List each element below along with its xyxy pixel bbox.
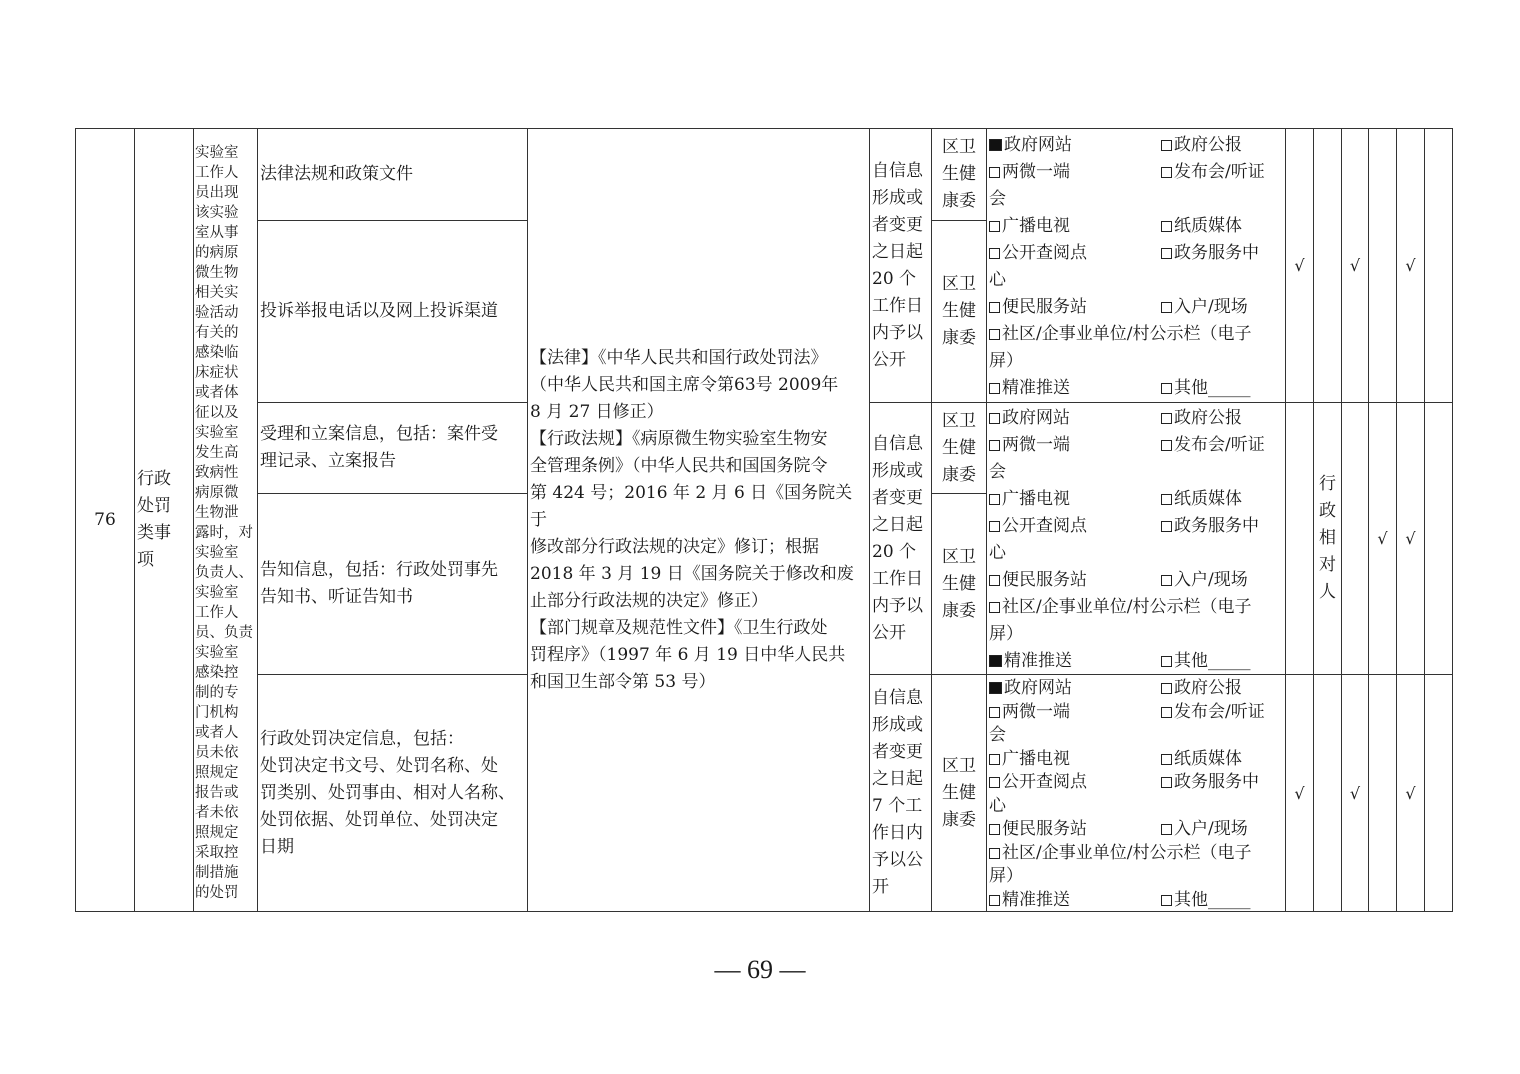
channel-option-label: 其他_____ [1174, 890, 1251, 910]
unchecked-box-icon[interactable] [989, 602, 1000, 613]
legal-basis-line: （中华人民共和国主席令第63号 2009年 [530, 372, 869, 399]
subject-line: 康委 [942, 188, 976, 215]
item-line: 病原微 [195, 483, 257, 503]
channel-option[interactable]: 社区/企事业单位/村公示栏（电子 [989, 321, 1251, 348]
channel-option[interactable]: 精准推送 [989, 889, 1161, 913]
subject-line: 区卫 [942, 544, 976, 571]
item-line: 床症状 [195, 363, 257, 383]
subject-text: 区卫生健康委 [942, 753, 976, 834]
channel-option-label: 便民服务站 [1002, 570, 1087, 590]
channel-option[interactable]: 便民服务站 [989, 818, 1161, 842]
channel-option[interactable]: 广播电视 [989, 748, 1161, 772]
subject-cell-2: 区卫生健康委 [931, 220, 987, 403]
channel-option[interactable]: 发布会/听证 [1161, 159, 1265, 186]
legal-basis-text: 【法律】《中华人民共和国行政处罚法》（中华人民共和国主席令第63号 2009年8… [530, 345, 869, 696]
channel-option-label: 精准推送 [1002, 890, 1070, 910]
channel-option-label: 政府网站 [1004, 135, 1072, 155]
channel-row: 公开查阅点政务服务中 [989, 513, 1285, 540]
unchecked-box-icon[interactable] [1161, 521, 1172, 532]
item-line: 实验室 [195, 643, 257, 663]
time-limit-line: 20 个 [872, 539, 923, 566]
unchecked-box-icon[interactable] [1161, 683, 1172, 694]
channel-row: 广播电视纸质媒体 [989, 748, 1285, 772]
channel-option[interactable]: 入户/现场 [1161, 294, 1248, 321]
legal-basis-line: 修改部分行政法规的决定》修订；根据 [530, 534, 869, 561]
time-limit-line: 者变更 [872, 739, 923, 766]
channel-option[interactable]: 广播电视 [989, 486, 1161, 513]
unchecked-box-icon[interactable] [1161, 440, 1172, 451]
time-limit-line: 者变更 [872, 485, 923, 512]
content-line: 告知书、听证告知书 [260, 584, 498, 611]
channel-option-label: 入户/现场 [1174, 570, 1248, 590]
unchecked-box-icon[interactable] [989, 440, 1000, 451]
subject-line: 康委 [942, 598, 976, 625]
channel-option[interactable]: 政府网站 [989, 677, 1161, 701]
time-limit-line: 形成或 [872, 712, 923, 739]
subject-cell-3: 区卫生健康委 [931, 402, 987, 494]
unchecked-box-icon[interactable] [1161, 777, 1172, 788]
item-line: 有关的 [195, 323, 257, 343]
subject-line: 生健 [942, 161, 976, 188]
checked-box-icon[interactable] [989, 655, 1002, 667]
channel-option[interactable]: 便民服务站 [989, 294, 1161, 321]
subject-line: 区卫 [942, 408, 976, 435]
item-cell: 实验室工作人员出现该实验室从事的病原微生物相关实验活动有关的感染临床症状或者体征… [193, 128, 258, 912]
unchecked-box-icon[interactable] [989, 754, 1000, 765]
channel-option-label: 精准推送 [1004, 651, 1072, 671]
time-limit-line: 自信息 [872, 431, 923, 458]
scope-mark-cell: 行政相对人 [1313, 402, 1342, 675]
scope-mark-cell: √ [1396, 674, 1425, 912]
channel-option[interactable]: 纸质媒体 [1161, 748, 1242, 772]
category-line: 类事 [137, 520, 171, 547]
channel-option[interactable]: 便民服务站 [989, 567, 1161, 594]
channel-cell-3: 政府网站政府公报两微一端发布会/听证会广播电视纸质媒体公开查阅点政务服务中心便民… [986, 674, 1286, 912]
channel-option[interactable]: 两微一端 [989, 701, 1161, 725]
channel-wrap-text: 会 [989, 186, 1285, 213]
content-line: 罚类别、处罚事由、相对人名称、 [260, 780, 515, 807]
channel-row: 精准推送其他_____ [989, 889, 1285, 913]
content-cell-1: 法律法规和政策文件 [257, 128, 528, 221]
checked-box-icon[interactable] [989, 682, 1002, 694]
item-line: 该实验 [195, 203, 257, 223]
channel-option-label: 两微一端 [1002, 702, 1070, 722]
channel-wrap-text: 会 [989, 459, 1285, 486]
channel-option[interactable]: 两微一端 [989, 432, 1161, 459]
content-line: 投诉举报电话以及网上投诉渠道 [260, 298, 498, 325]
item-line: 发生高 [195, 443, 257, 463]
unchecked-box-icon[interactable] [1161, 413, 1172, 424]
time-limit-line: 20 个 [872, 266, 923, 293]
scope-mark-cell [1424, 674, 1453, 912]
time-limit-line: 工作日 [872, 566, 923, 593]
channel-options: 政府网站政府公报两微一端发布会/听证会广播电视纸质媒体公开查阅点政务服务中心便民… [989, 132, 1285, 402]
legal-basis-line: 【部门规章及规范性文件】《卫生行政处 [530, 615, 869, 642]
channel-row: 便民服务站入户/现场 [989, 818, 1285, 842]
item-line: 生物泄 [195, 503, 257, 523]
time-limit-line: 内予以 [872, 320, 923, 347]
subject-line: 生健 [942, 780, 976, 807]
time-limit-line: 自信息 [872, 685, 923, 712]
content-text: 受理和立案信息，包括：案件受理记录、立案报告 [260, 421, 498, 475]
subject-cell-1: 区卫生健康委 [931, 128, 987, 221]
content-line: 处罚决定书文号、处罚名称、处 [260, 753, 515, 780]
content-cell-2: 投诉举报电话以及网上投诉渠道 [257, 220, 528, 403]
subject-line: 生健 [942, 435, 976, 462]
channel-option-label: 政务服务中 [1174, 243, 1259, 263]
item-line: 照规定 [195, 763, 257, 783]
item-line: 实验室 [195, 583, 257, 603]
content-cell-3: 受理和立案信息，包括：案件受理记录、立案报告 [257, 402, 528, 494]
scope-text-char: 行 [1319, 471, 1336, 498]
subject-line: 生健 [942, 298, 976, 325]
scope-mark-cell [1341, 402, 1369, 675]
channel-row: 便民服务站入户/现场 [989, 567, 1285, 594]
channel-option-label: 两微一端 [1002, 435, 1070, 455]
time-limit-text: 自信息形成或者变更之日起20 个工作日内予以公开 [872, 431, 923, 647]
channel-row: 便民服务站入户/现场 [989, 294, 1285, 321]
unchecked-box-icon[interactable] [989, 824, 1000, 835]
channel-option[interactable]: 纸质媒体 [1161, 486, 1242, 513]
legal-basis-line: 止部分行政法规的决定》修正） [530, 588, 869, 615]
scope-mark-cell: √ [1341, 674, 1369, 912]
time-limit-line: 形成或 [872, 458, 923, 485]
item-text: 实验室工作人员出现该实验室从事的病原微生物相关实验活动有关的感染临床症状或者体征… [195, 143, 257, 903]
legal-basis-line: 全管理条例》（中华人民共和国国务院令 [530, 453, 869, 480]
item-line: 制的专 [195, 683, 257, 703]
legal-basis-line: 8 月 27 日修正） [530, 399, 869, 426]
unchecked-box-icon[interactable] [989, 494, 1000, 505]
scope-mark-cell [1424, 402, 1453, 675]
unchecked-box-icon[interactable] [1161, 302, 1172, 313]
content-line: 日期 [260, 834, 515, 861]
time-limit-cell-3: 自信息形成或者变更之日起7 个工作日内予以公开 [869, 674, 932, 912]
item-line: 微生物 [195, 263, 257, 283]
checkmark-icon: √ [1405, 529, 1415, 548]
document-page: 76 行政处罚类事项 实验室工作人员出现该实验室从事的病原微生物相关实验活动有关… [0, 0, 1520, 1074]
item-line: 室从事 [195, 223, 257, 243]
channel-option[interactable]: 其他_____ [1161, 375, 1251, 402]
channel-row: 社区/企事业单位/村公示栏（电子 [989, 321, 1285, 348]
content-cell-5: 行政处罚决定信息，包括：处罚决定书文号、处罚名称、处罚类别、处罚事由、相对人名称… [257, 674, 528, 912]
channel-row: 广播电视纸质媒体 [989, 213, 1285, 240]
legal-basis-line: 第 424 号；2016 年 2 月 6 日《国务院关于 [530, 480, 869, 534]
time-limit-line: 内予以 [872, 593, 923, 620]
channel-option[interactable]: 发布会/听证 [1161, 432, 1265, 459]
channel-option[interactable]: 政府公报 [1161, 677, 1242, 701]
item-line: 或者人 [195, 723, 257, 743]
row-number: 76 [94, 507, 116, 534]
channel-option[interactable]: 其他_____ [1161, 889, 1251, 913]
channel-row: 精准推送其他_____ [989, 648, 1285, 675]
checkmark-icon: √ [1350, 784, 1360, 803]
channel-option-label: 入户/现场 [1174, 297, 1248, 317]
item-line: 实验室 [195, 543, 257, 563]
channel-option-label: 广播电视 [1002, 216, 1070, 236]
subject-line: 康委 [942, 807, 976, 834]
channel-cell-2: 政府网站政府公报两微一端发布会/听证会广播电视纸质媒体公开查阅点政务服务中心便民… [986, 402, 1286, 675]
channel-option-label: 纸质媒体 [1174, 489, 1242, 509]
item-line: 工作人 [195, 163, 257, 183]
time-limit-line: 之日起 [872, 239, 923, 266]
channel-wrap-text: 心 [989, 267, 1285, 294]
unchecked-box-icon[interactable] [1161, 248, 1172, 259]
unchecked-box-icon[interactable] [989, 521, 1000, 532]
unchecked-box-icon[interactable] [1161, 494, 1172, 505]
channel-row: 社区/企事业单位/村公示栏（电子 [989, 594, 1285, 621]
unchecked-box-icon[interactable] [989, 302, 1000, 313]
channel-option[interactable]: 发布会/听证 [1161, 701, 1265, 725]
checkmark-icon: √ [1405, 784, 1415, 803]
channel-option-label: 社区/企事业单位/村公示栏（电子 [1002, 843, 1251, 863]
unchecked-box-icon[interactable] [1161, 895, 1172, 906]
channel-option-label: 便民服务站 [1002, 819, 1087, 839]
time-limit-line: 工作日 [872, 293, 923, 320]
channel-option-label: 社区/企事业单位/村公示栏（电子 [1002, 324, 1251, 344]
channel-option[interactable]: 政务服务中 [1161, 771, 1259, 795]
category-cell: 行政处罚类事项 [134, 128, 194, 912]
time-limit-cell-1: 自信息形成或者变更之日起20 个工作日内予以公开 [869, 128, 932, 403]
time-limit-line: 作日内 [872, 820, 923, 847]
channel-option-label: 发布会/听证 [1174, 702, 1265, 722]
unchecked-box-icon[interactable] [1161, 754, 1172, 765]
channel-option[interactable]: 社区/企事业单位/村公示栏（电子 [989, 594, 1251, 621]
item-line: 工作人 [195, 603, 257, 623]
channel-row: 社区/企事业单位/村公示栏（电子 [989, 842, 1285, 866]
channel-cell-1: 政府网站政府公报两微一端发布会/听证会广播电视纸质媒体公开查阅点政务服务中心便民… [986, 128, 1286, 403]
subject-cell-5: 区卫生健康委 [931, 674, 987, 912]
channel-option-label: 入户/现场 [1174, 819, 1248, 839]
item-line: 负责人、 [195, 563, 257, 583]
channel-row: 两微一端发布会/听证 [989, 701, 1285, 725]
unchecked-box-icon[interactable] [989, 248, 1000, 259]
unchecked-box-icon[interactable] [989, 329, 1000, 340]
legal-basis-line: 【行政法规】《病原微生物实验室生物安 [530, 426, 869, 453]
channel-option[interactable]: 公开查阅点 [989, 771, 1161, 795]
unchecked-box-icon[interactable] [989, 575, 1000, 586]
legal-basis-line: 罚程序》（1997 年 6 月 19 日中华人民共 [530, 642, 869, 669]
time-limit-text: 自信息形成或者变更之日起20 个工作日内予以公开 [872, 158, 923, 374]
unchecked-box-icon[interactable] [1161, 824, 1172, 835]
scope-text-char: 人 [1319, 579, 1336, 606]
page-number: — 69 — [0, 955, 1520, 985]
channel-row: 政府网站政府公报 [989, 132, 1285, 159]
channel-option[interactable]: 社区/企事业单位/村公示栏（电子 [989, 842, 1251, 866]
unchecked-box-icon[interactable] [989, 777, 1000, 788]
category-line: 项 [137, 547, 171, 574]
channel-option-label: 政务服务中 [1174, 772, 1259, 792]
row-number-cell: 76 [75, 128, 135, 912]
legal-basis-line: 【法律】《中华人民共和国行政处罚法》 [530, 345, 869, 372]
checked-box-icon[interactable] [989, 139, 1002, 151]
channel-row: 政府网站政府公报 [989, 405, 1285, 432]
item-line: 者未依 [195, 803, 257, 823]
unchecked-box-icon[interactable] [989, 707, 1000, 718]
time-limit-line: 公开 [872, 347, 923, 374]
content-line: 行政处罚决定信息，包括： [260, 726, 515, 753]
channel-wrap-text: 屏） [989, 621, 1285, 648]
unchecked-box-icon[interactable] [989, 895, 1000, 906]
subject-line: 区卫 [942, 134, 976, 161]
unchecked-box-icon[interactable] [1161, 575, 1172, 586]
channel-option[interactable]: 政府公报 [1161, 132, 1242, 159]
scope-mark-cell: √ [1285, 128, 1314, 403]
time-limit-line: 之日起 [872, 766, 923, 793]
unchecked-box-icon[interactable] [989, 167, 1000, 178]
unchecked-box-icon[interactable] [1161, 221, 1172, 232]
content-text: 法律法规和政策文件 [260, 161, 413, 188]
content-line: 处罚依据、处罚单位、处罚决定 [260, 807, 515, 834]
item-line: 致病性 [195, 463, 257, 483]
unchecked-box-icon[interactable] [989, 383, 1000, 394]
scope-mark-cell [1368, 674, 1397, 912]
item-line: 验活动 [195, 303, 257, 323]
time-limit-line: 公开 [872, 620, 923, 647]
item-line: 报告或 [195, 783, 257, 803]
scope-mark-cell: √ [1396, 128, 1425, 403]
checkmark-icon: √ [1377, 529, 1387, 548]
checkmark-icon: √ [1405, 256, 1415, 275]
channel-option-label: 广播电视 [1002, 749, 1070, 769]
content-text: 告知信息，包括：行政处罚事先告知书、听证告知书 [260, 557, 498, 611]
time-limit-text: 自信息形成或者变更之日起7 个工作日内予以公开 [872, 685, 923, 901]
unchecked-box-icon[interactable] [989, 848, 1000, 859]
scope-mark-cell [1313, 128, 1342, 403]
channel-option-label: 政府公报 [1174, 135, 1242, 155]
channel-option-label: 政府公报 [1174, 678, 1242, 698]
scope-text-char: 政 [1319, 498, 1336, 525]
scope-mark-cell: √ [1396, 402, 1425, 675]
channel-option[interactable]: 入户/现场 [1161, 567, 1248, 594]
item-line: 实验室 [195, 423, 257, 443]
channel-option-label: 公开查阅点 [1002, 772, 1087, 792]
channel-option-label: 其他_____ [1174, 378, 1251, 398]
channel-option[interactable]: 两微一端 [989, 159, 1161, 186]
item-line: 制措施 [195, 863, 257, 883]
content-line: 理记录、立案报告 [260, 448, 498, 475]
content-cell-4: 告知信息，包括：行政处罚事先告知书、听证告知书 [257, 493, 528, 675]
time-limit-line: 者变更 [872, 212, 923, 239]
channel-option-label: 纸质媒体 [1174, 749, 1242, 769]
time-limit-line: 形成或 [872, 185, 923, 212]
unchecked-box-icon[interactable] [1161, 707, 1172, 718]
unchecked-box-icon[interactable] [1161, 167, 1172, 178]
channel-option-label: 社区/企事业单位/村公示栏（电子 [1002, 597, 1251, 617]
channel-option[interactable]: 政府网站 [989, 405, 1161, 432]
channel-option[interactable]: 精准推送 [989, 375, 1161, 402]
channel-row: 两微一端发布会/听证 [989, 159, 1285, 186]
item-line: 员、负责 [195, 623, 257, 643]
channel-option[interactable]: 政务服务中 [1161, 240, 1259, 267]
item-line: 的病原 [195, 243, 257, 263]
time-limit-line: 予以公 [872, 847, 923, 874]
unchecked-box-icon[interactable] [1161, 140, 1172, 151]
time-limit-line: 之日起 [872, 512, 923, 539]
subject-text: 区卫生健康委 [942, 544, 976, 625]
channel-option[interactable]: 公开查阅点 [989, 513, 1161, 540]
channel-option[interactable]: 政府公报 [1161, 405, 1242, 432]
channel-option[interactable]: 公开查阅点 [989, 240, 1161, 267]
scope-text: 行政相对人 [1319, 471, 1336, 606]
scope-mark-cell [1368, 128, 1397, 403]
item-line: 感染控 [195, 663, 257, 683]
channel-option-label: 政府网站 [1002, 408, 1070, 428]
unchecked-box-icon[interactable] [1161, 656, 1172, 667]
item-line: 采取控 [195, 843, 257, 863]
channel-option-label: 政务服务中 [1174, 516, 1259, 536]
channel-row: 广播电视纸质媒体 [989, 486, 1285, 513]
subject-line: 康委 [942, 325, 976, 352]
item-line: 征以及 [195, 403, 257, 423]
content-line: 法律法规和政策文件 [260, 161, 413, 188]
channel-option-label: 发布会/听证 [1174, 162, 1265, 182]
channel-option[interactable]: 入户/现场 [1161, 818, 1248, 842]
subject-line: 区卫 [942, 271, 976, 298]
scope-mark-cell [1424, 128, 1453, 403]
legal-basis-line: 2018 年 3 月 19 日《国务院关于修改和废 [530, 561, 869, 588]
category-line: 处罚 [137, 493, 171, 520]
subject-line: 生健 [942, 571, 976, 598]
item-line: 相关实 [195, 283, 257, 303]
subject-line: 康委 [942, 462, 976, 489]
legal-basis-cell: 【法律】《中华人民共和国行政处罚法》（中华人民共和国主席令第63号 2009年8… [527, 128, 870, 912]
scope-mark-cell: √ [1368, 402, 1397, 675]
channel-option[interactable]: 政府网站 [989, 132, 1161, 159]
channel-wrap-text: 屏） [989, 348, 1285, 375]
item-line: 或者体 [195, 383, 257, 403]
category-line: 行政 [137, 466, 171, 493]
time-limit-line: 7 个工 [872, 793, 923, 820]
item-line: 的处罚 [195, 883, 257, 903]
unchecked-box-icon[interactable] [989, 413, 1000, 424]
scope-text-char: 相 [1319, 525, 1336, 552]
unchecked-box-icon[interactable] [989, 221, 1000, 232]
time-limit-cell-2: 自信息形成或者变更之日起20 个工作日内予以公开 [869, 402, 932, 675]
channel-option[interactable]: 政务服务中 [1161, 513, 1259, 540]
channel-wrap-text: 会 [989, 724, 1285, 748]
channel-option[interactable]: 广播电视 [989, 213, 1161, 240]
content-text: 投诉举报电话以及网上投诉渠道 [260, 298, 498, 325]
item-line: 员未依 [195, 743, 257, 763]
channel-options: 政府网站政府公报两微一端发布会/听证会广播电视纸质媒体公开查阅点政务服务中心便民… [989, 405, 1285, 675]
content-line: 受理和立案信息，包括：案件受 [260, 421, 498, 448]
checkmark-icon: √ [1294, 256, 1304, 275]
item-line: 露时，对 [195, 523, 257, 543]
legal-basis-line: 和国卫生部令第 53 号） [530, 669, 869, 696]
channel-option[interactable]: 精准推送 [989, 648, 1161, 675]
content-line: 告知信息，包括：行政处罚事先 [260, 557, 498, 584]
channel-option-label: 便民服务站 [1002, 297, 1087, 317]
channel-row: 精准推送其他_____ [989, 375, 1285, 402]
time-limit-line: 自信息 [872, 158, 923, 185]
channel-row: 公开查阅点政务服务中 [989, 771, 1285, 795]
unchecked-box-icon[interactable] [1161, 383, 1172, 394]
item-line: 员出现 [195, 183, 257, 203]
channel-wrap-text: 心 [989, 795, 1285, 819]
channel-option[interactable]: 纸质媒体 [1161, 213, 1242, 240]
subject-cell-4: 区卫生健康委 [931, 493, 987, 675]
scope-mark-cell: √ [1341, 128, 1369, 403]
channel-row: 公开查阅点政务服务中 [989, 240, 1285, 267]
channel-option[interactable]: 其他_____ [1161, 648, 1251, 675]
channel-option-label: 公开查阅点 [1002, 516, 1087, 536]
channel-option-label: 政府公报 [1174, 408, 1242, 428]
content-text: 行政处罚决定信息，包括：处罚决定书文号、处罚名称、处罚类别、处罚事由、相对人名称… [260, 726, 515, 861]
item-line: 门机构 [195, 703, 257, 723]
scope-mark-cell [1313, 674, 1342, 912]
channel-option-label: 精准推送 [1002, 378, 1070, 398]
item-line: 感染临 [195, 343, 257, 363]
